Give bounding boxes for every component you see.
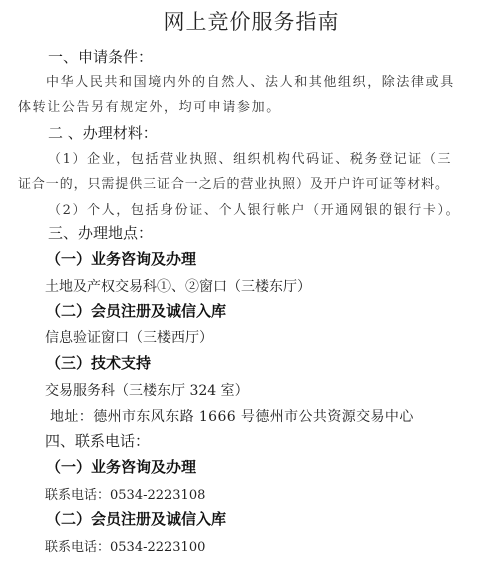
address-text: 地址：德州市东风东路 1666 号德州市公共资源交易中心 bbox=[50, 406, 414, 426]
section-heading-application-conditions: 一、申请条件： bbox=[48, 46, 153, 67]
location-text: 信息验证窗口（三楼西厅） bbox=[45, 327, 213, 347]
paragraph-line: （2）个人，包括身份证、个人银行帐户（开通网银的银行卡）。 bbox=[48, 199, 460, 218]
subheading-member-registration: （二）会员注册及诚信入库 bbox=[46, 300, 226, 321]
paragraph-line: （1）企业，包括营业执照、组织机构代码证、税务登记证（三 bbox=[48, 148, 452, 167]
location-text: 交易服务科（三楼东厅 324 室） bbox=[45, 380, 249, 400]
paragraph-line: 体转让公告另有规定外，均可申请参加。 bbox=[18, 96, 281, 115]
subheading-member-registration: （二）会员注册及诚信入库 bbox=[46, 508, 226, 529]
section-heading-contact-phone: 四、联系电话： bbox=[45, 430, 150, 451]
subheading-business-consulting: （一）业务咨询及办理 bbox=[46, 456, 196, 477]
section-heading-locations: 三、办理地点： bbox=[48, 222, 153, 243]
subheading-business-consulting: （一）业务咨询及办理 bbox=[46, 248, 196, 269]
document-title: 网上竞价服务指南 bbox=[0, 6, 503, 36]
paragraph-line: 证合一的，只需提供三证合一之后的营业执照）及开户许可证等材料。 bbox=[18, 173, 449, 192]
phone-text: 联系电话：0534-2223108 bbox=[45, 484, 205, 503]
phone-text: 联系电话：0534-2223100 bbox=[45, 536, 205, 555]
section-heading-materials: 二 、办理材料： bbox=[48, 122, 158, 143]
location-text: 土地及产权交易科①、②窗口（三楼东厅） bbox=[45, 276, 311, 296]
paragraph-line: 中华人民共和国境内外的自然人、法人和其他组织，除法律或具 bbox=[46, 71, 455, 90]
subheading-technical-support: （三）技术支持 bbox=[46, 352, 151, 373]
